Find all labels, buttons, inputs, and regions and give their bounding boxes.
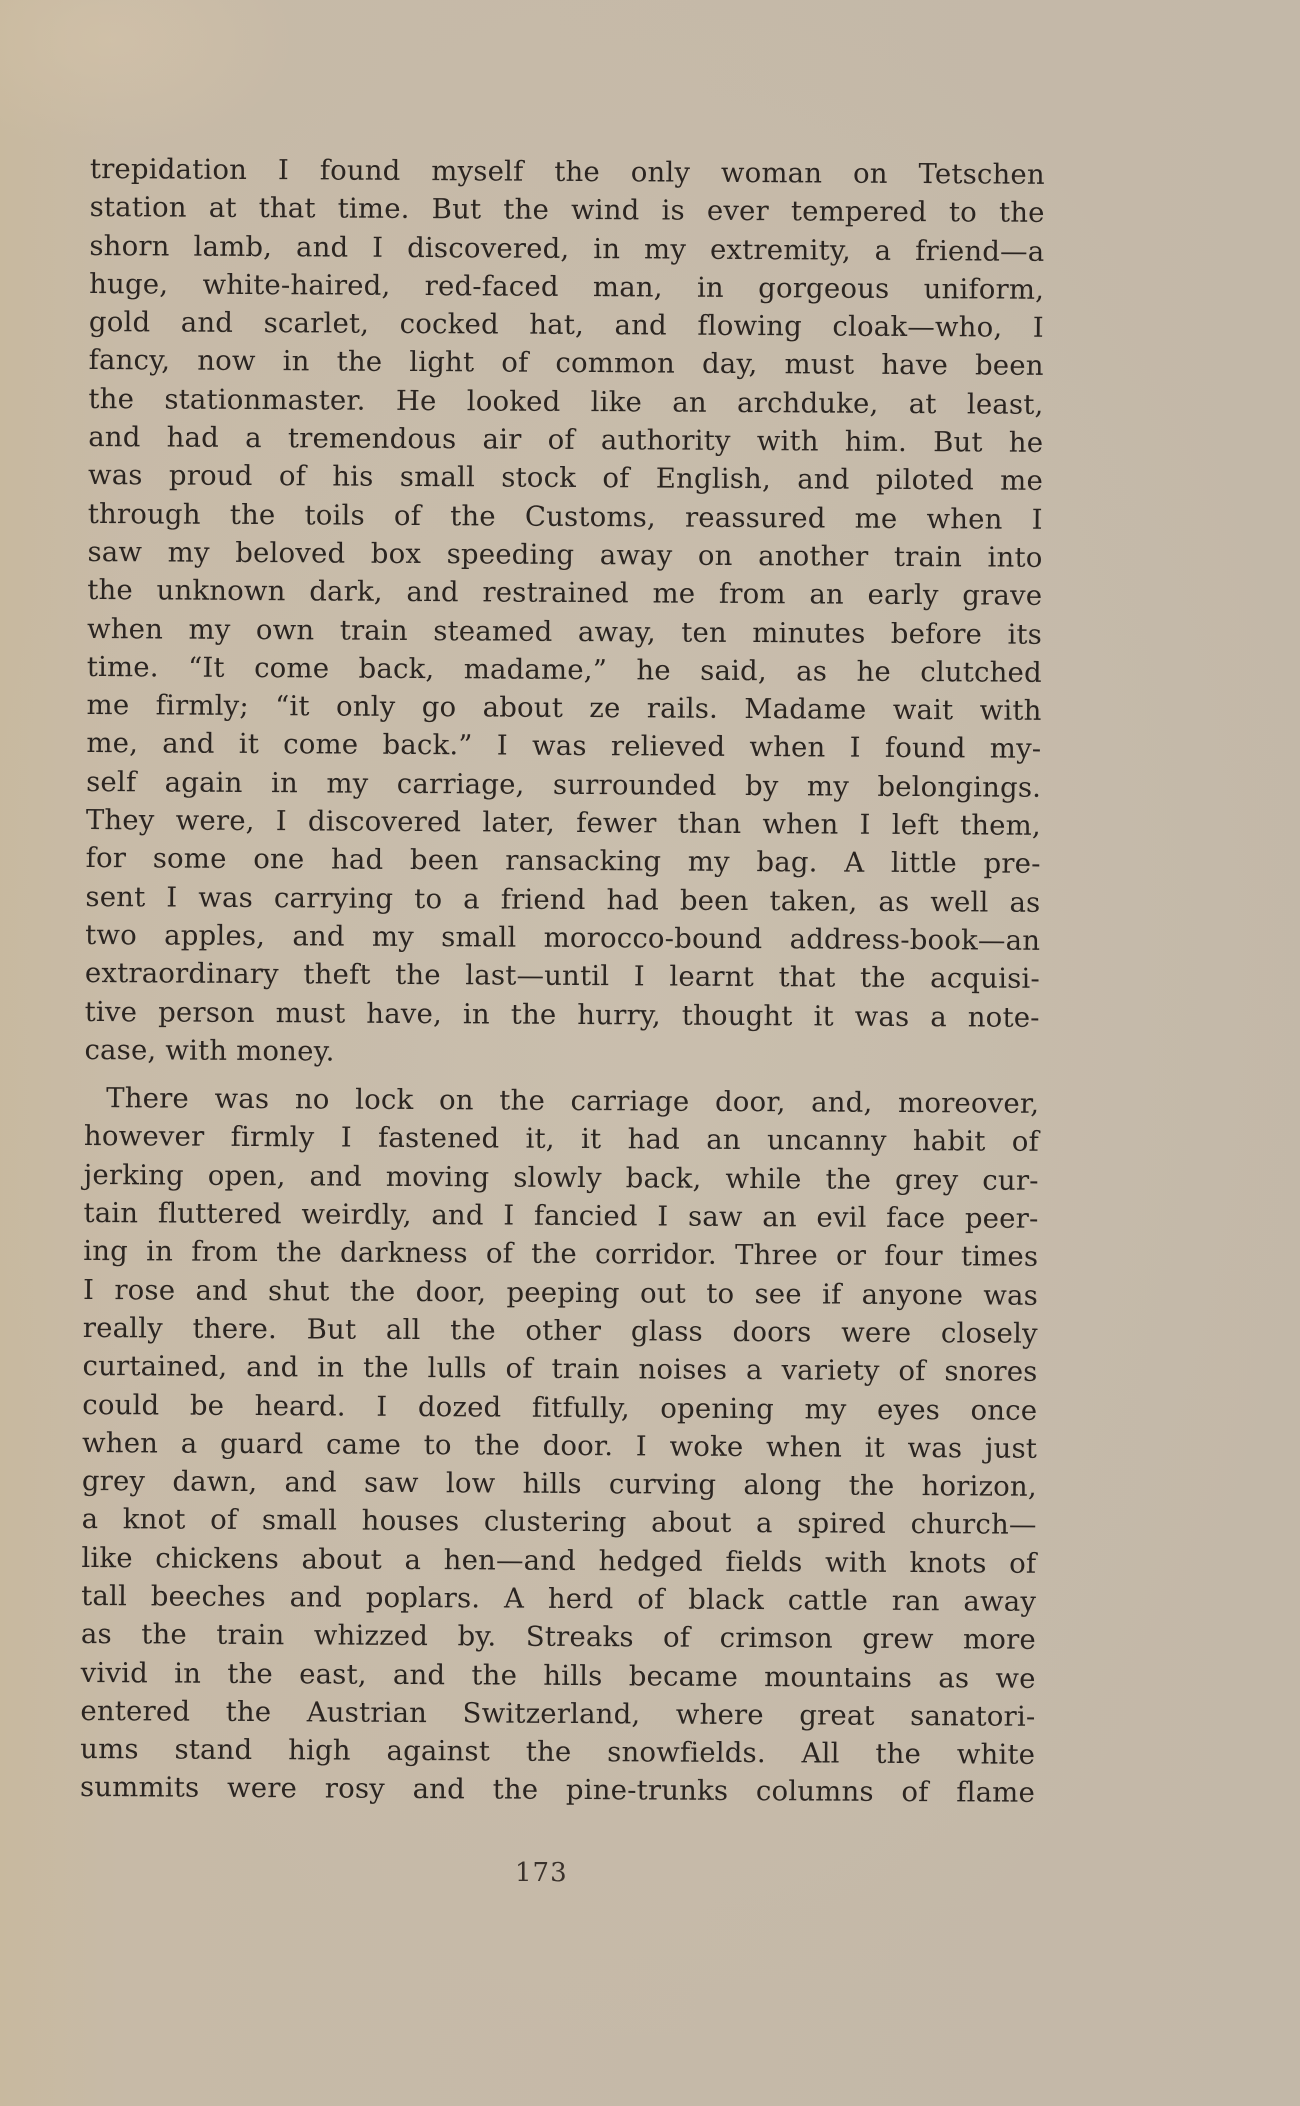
text-line: tall beeches and poplars. A herd of blac… xyxy=(81,1577,1036,1621)
text-line: I rose and shut the door, peeping out to… xyxy=(83,1271,1038,1315)
text-line: grey dawn, and saw low hills curving alo… xyxy=(82,1462,1037,1506)
text-line: the stationmaster. He looked like an arc… xyxy=(88,380,1043,424)
text-line: They were, I discovered later, fewer tha… xyxy=(86,801,1041,845)
text-line: station at that time. But the wind is ev… xyxy=(90,188,1045,232)
text-line: sent I was carrying to a friend had been… xyxy=(85,878,1040,922)
text-line: ums stand high against the snowfields. A… xyxy=(80,1730,1035,1774)
text-line: as the train whizzed by. Streaks of crim… xyxy=(81,1615,1036,1659)
text-line: the unknown dark, and restrained me from… xyxy=(87,571,1042,615)
text-line: extraordinary theft the last—until I lea… xyxy=(85,954,1040,998)
text-line: could be heard. I dozed fitfully, openin… xyxy=(82,1385,1037,1429)
text-line: trepidation I found myself the only woma… xyxy=(90,150,1045,194)
text-line: jerking open, and moving slowly back, wh… xyxy=(84,1156,1039,1200)
paragraph-1: trepidation I found myself the only woma… xyxy=(84,150,1045,1075)
text-line: ing in from the darkness of the corridor… xyxy=(83,1232,1038,1276)
text-line: and had a tremendous air of authority wi… xyxy=(88,418,1043,462)
text-line: when a guard came to the door. I woke wh… xyxy=(82,1424,1037,1468)
book-page: trepidation I found myself the only woma… xyxy=(0,0,1300,2106)
paragraph-2: There was no lock on the carriage door, … xyxy=(80,1079,1039,1812)
text-line: curtained, and in the lulls of train noi… xyxy=(82,1347,1037,1391)
text-line: was proud of his small stock of English,… xyxy=(88,456,1043,500)
text-line: a knot of small houses clustering about … xyxy=(82,1500,1037,1544)
text-line: self again in my carriage, surrounded by… xyxy=(86,763,1041,807)
text-line: like chickens about a hen—and hedged fie… xyxy=(81,1539,1036,1583)
text-line: me, and it come back.” I was relieved wh… xyxy=(86,724,1041,768)
text-line: entered the Austrian Switzerland, where … xyxy=(80,1692,1035,1736)
text-line: huge, white-haired, red-faced man, in go… xyxy=(89,265,1044,309)
text-line: case, with money. xyxy=(84,1031,1039,1075)
text-line: two apples, and my small morocco-bound a… xyxy=(85,916,1040,960)
text-line: shorn lamb, and I discovered, in my extr… xyxy=(89,227,1044,271)
body-text: trepidation I found myself the only woma… xyxy=(80,150,1045,1813)
text-line: me firmly; “it only go about ze rails. M… xyxy=(86,686,1041,730)
text-line: tive person must have, in the hurry, tho… xyxy=(85,993,1040,1037)
text-line: time. “It come back, madame,” he said, a… xyxy=(87,648,1042,692)
text-line: really there. But all the other glass do… xyxy=(83,1309,1038,1353)
text-line: summits were rosy and the pine-trunks co… xyxy=(80,1768,1035,1812)
text-line: There was no lock on the carriage door, … xyxy=(84,1079,1039,1123)
text-line: saw my beloved box speeding away on anot… xyxy=(87,533,1042,577)
text-line: vivid in the east, and the hills became … xyxy=(81,1654,1036,1698)
text-line: gold and scarlet, cocked hat, and flowin… xyxy=(89,303,1044,347)
text-line: for some one had been ransacking my bag.… xyxy=(86,839,1041,883)
text-line: fancy, now in the light of common day, m… xyxy=(89,341,1044,385)
text-line: when my own train steamed away, ten minu… xyxy=(87,610,1042,654)
page-number: 173 xyxy=(515,1858,568,1888)
text-line: through the toils of the Customs, reassu… xyxy=(88,495,1043,539)
text-line: tain fluttered weirdly, and I fancied I … xyxy=(83,1194,1038,1238)
text-line: however firmly I fastened it, it had an … xyxy=(84,1117,1039,1161)
